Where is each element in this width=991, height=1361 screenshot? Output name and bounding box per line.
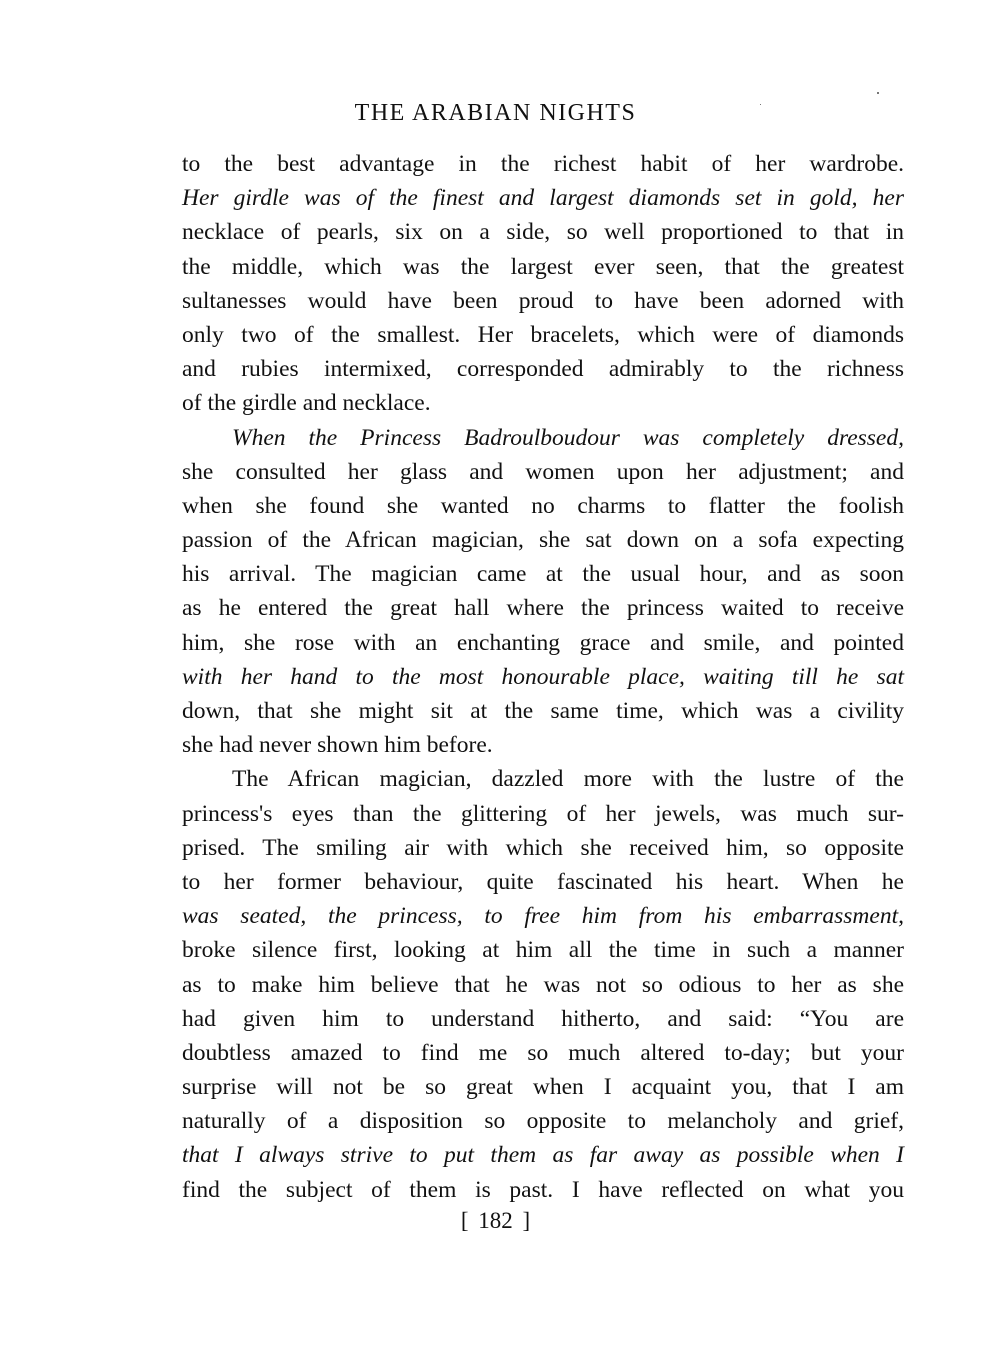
text-line: his arrival. The magician came at the us… <box>182 557 904 591</box>
text-line: find the subject of them is past. I have… <box>182 1173 904 1207</box>
paragraph-3: The African magician, dazzled more with … <box>182 762 904 1206</box>
text-line: only two of the smallest. Her bracelets,… <box>182 318 904 352</box>
text-line: princess's eyes than the glittering of h… <box>182 797 904 831</box>
scanned-page: THE ARABIAN NIGHTS to the best advantage… <box>0 0 991 1361</box>
text-line: she had never shown him before. <box>182 728 904 762</box>
running-head: THE ARABIAN NIGHTS <box>0 100 991 127</box>
text-line: When the Princess Badroulboudour was com… <box>182 421 904 455</box>
body-text: to the best advantage in the richest hab… <box>182 147 904 1207</box>
text-line: him, she rose with an enchanting grace a… <box>182 626 904 660</box>
text-line: to the best advantage in the richest hab… <box>182 147 904 181</box>
text-line: with her hand to the most honourable pla… <box>182 660 904 694</box>
text-line: and rubies intermixed, corresponded admi… <box>182 352 904 386</box>
scan-speck <box>760 104 761 105</box>
text-line: when she found she wanted no charms to f… <box>182 489 904 523</box>
paragraph-1: to the best advantage in the richest hab… <box>182 147 904 421</box>
text-line: The African magician, dazzled more with … <box>182 762 904 796</box>
text-line: the middle, which was the largest ever s… <box>182 250 904 284</box>
text-line: of the girdle and necklace. <box>182 386 904 420</box>
text-line: as to make him believe that he was not s… <box>182 968 904 1002</box>
text-line: that I always strive to put them as far … <box>182 1138 904 1172</box>
paragraph-2: When the Princess Badroulboudour was com… <box>182 421 904 763</box>
text-line: was seated, the princess, to free him fr… <box>182 899 904 933</box>
text-line: Her girdle was of the finest and largest… <box>182 181 904 215</box>
text-line: broke silence first, looking at him all … <box>182 933 904 967</box>
scan-speck <box>877 92 879 94</box>
text-line: doubtless amazed to find me so much alte… <box>182 1036 904 1070</box>
text-line: naturally of a disposition so opposite t… <box>182 1104 904 1138</box>
text-line: as he entered the great hall where the p… <box>182 591 904 625</box>
text-line: sultanesses would have been proud to hav… <box>182 284 904 318</box>
text-line: to her former behaviour, quite fascinate… <box>182 865 904 899</box>
text-line: passion of the African magician, she sat… <box>182 523 904 557</box>
text-line: necklace of pearls, six on a side, so we… <box>182 215 904 249</box>
page-number: [ 182 ] <box>0 1208 991 1234</box>
text-line: had given him to understand hitherto, an… <box>182 1002 904 1036</box>
text-line: she consulted her glass and women upon h… <box>182 455 904 489</box>
text-line: prised. The smiling air with which she r… <box>182 831 904 865</box>
text-line: surprise will not be so great when I acq… <box>182 1070 904 1104</box>
text-line: down, that she might sit at the same tim… <box>182 694 904 728</box>
